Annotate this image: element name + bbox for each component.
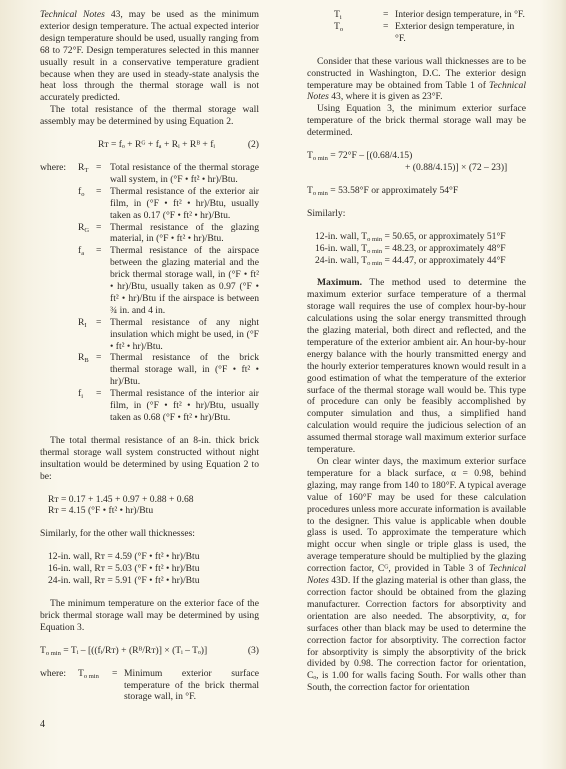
paragraph-maximum: Maximum. The method used to determine th…	[307, 277, 526, 456]
definition-symbol: fo	[78, 186, 96, 222]
paragraph-design-temperature: Technical Notes 43, may be used as the m…	[40, 9, 259, 104]
list-item: 12-in. wall, To min = 50.65, or approxim…	[315, 231, 526, 243]
definition-text: Thermal resistance of the airspace betwe…	[110, 245, 259, 316]
paragraph-washington: Consider that these various wall thickne…	[307, 56, 526, 104]
paragraph-similarly: Similarly, for the other wall thicknesse…	[40, 528, 259, 540]
equation-2-formula: Rᴛ = fₒ + Rᴳ + fₐ + Rᵢ + Rᴮ + fᵢ	[98, 139, 215, 151]
calc-line: Rᴛ = 4.15 (°F • ft² • hr)/Btu	[48, 505, 259, 517]
definition-symbol: RI	[78, 317, 96, 353]
left-column: Technical Notes 43, may be used as the m…	[40, 9, 259, 703]
definition-t-o-min: Minimum exterior surface temperature of …	[124, 668, 259, 704]
definition-text: Thermal resistance of the brick thermal …	[110, 352, 259, 388]
definition-symbol: To	[334, 21, 383, 45]
paragraph-using-equation-3: Using Equation 3, the minimum exterior s…	[307, 103, 526, 139]
calc-8in-wall: Rᴛ = 0.17 + 1.45 + 0.97 + 0.88 + 0.68 Rᴛ…	[40, 494, 259, 518]
definition-text: Thermal resistance of any night insulati…	[110, 317, 259, 353]
list-item: 12-in. wall, Rᴛ = 4.59 (°F • ft² • hr)/B…	[48, 551, 259, 563]
list-item: 24-in. wall, Rᴛ = 5.91 (°F • ft² • hr)/B…	[48, 575, 259, 587]
where-label: where:	[40, 162, 78, 186]
definition-text: Thermal resistance of the interior air f…	[110, 388, 259, 424]
list-item: 16-in. wall, Rᴛ = 5.03 (°F • ft² • hr)/B…	[48, 563, 259, 575]
where-label: where:	[40, 668, 78, 704]
paragraph-minimum-temperature: The minimum temperature on the exterior …	[40, 598, 259, 634]
calc-t-o-min: To min = 72°F – [(0.68/4.15) + (0.88/4.1…	[307, 150, 526, 174]
right-column: Ti=Interior design temperature, in °F.To…	[307, 9, 526, 694]
page-number: 4	[40, 719, 45, 730]
result-t-o-min: To min = 53.58°F or approximately 54°F	[307, 185, 526, 197]
definition-text: Exterior design temperature, in °F.	[395, 21, 526, 45]
equation-2-definitions: where: RT=Total resistance of the therma…	[40, 162, 259, 424]
definition-text: Interior design temperature, in °F.	[395, 9, 526, 21]
definition-symbol: RG	[78, 222, 96, 246]
calc-line: Rᴛ = 0.17 + 1.45 + 0.97 + 0.88 + 0.68	[48, 494, 259, 506]
similarly-label: Similarly:	[307, 208, 526, 220]
paragraph-8in-wall: The total thermal resistance of an 8-in.…	[40, 435, 259, 483]
wall-temperature-list: 12-in. wall, To min = 50.65, or approxim…	[307, 231, 526, 267]
definition-symbol: RB	[78, 352, 96, 388]
list-item: 24-in. wall, To min = 44.47, or approxim…	[315, 255, 526, 267]
equation-2: Rᴛ = fₒ + Rᴳ + fₐ + Rᵢ + Rᴮ + fᵢ (2)	[40, 139, 259, 151]
paragraph-clear-winter-days: On clear winter days, the maximum exteri…	[307, 456, 526, 694]
definition-symbol: RT	[78, 162, 96, 186]
definition-text: Total resistance of the thermal storage …	[110, 162, 259, 186]
paragraph-total-resistance: The total resistance of the thermal stor…	[40, 104, 259, 128]
section-heading-maximum: Maximum.	[317, 277, 362, 288]
definition-text: Thermal resistance of the exterior air f…	[110, 186, 259, 222]
definition-symbol: fa	[78, 245, 96, 316]
equation-3-number: (3)	[248, 645, 259, 657]
list-item: 16-in. wall, To min = 48.23, or approxim…	[315, 243, 526, 255]
definition-symbol: fi	[78, 388, 96, 424]
symbol-t-o-min: To min	[78, 668, 112, 704]
equation-2-number: (2)	[248, 139, 259, 151]
equation-3-definitions: where: To min = Minimum exterior surface…	[40, 668, 259, 704]
wall-resistance-list: 12-in. wall, Rᴛ = 4.59 (°F • ft² • hr)/B…	[40, 551, 259, 587]
technical-notes-ref: Technical Notes	[40, 9, 105, 20]
temperature-definitions: Ti=Interior design temperature, in °F.To…	[307, 9, 526, 45]
definition-symbol: Ti	[334, 9, 383, 21]
definition-text: Thermal resistance of the glazing materi…	[110, 222, 259, 246]
equation-3: To min = Tᵢ – [((fᵢ/Rᴛ) + (Rᴮ/Rᴛ)] × (Tᵢ…	[40, 645, 259, 657]
equation-3-formula: To min = Tᵢ – [((fᵢ/Rᴛ) + (Rᴮ/Rᴛ)] × (Tᵢ…	[40, 645, 207, 657]
